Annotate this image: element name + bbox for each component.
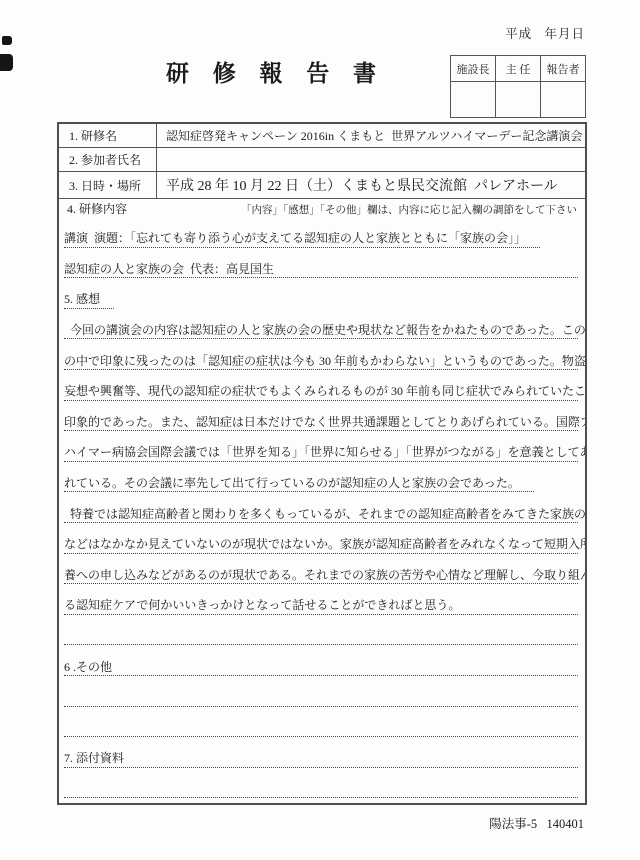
line-text: 講演 演題：「忘れても寄り添う心が支えてる認知症の人と家族とともに「家族の会」」 (64, 231, 540, 247)
line-text: る認知症ケアで何かいいきっかけとなって話せることができればと思う。 (64, 598, 460, 613)
report-lines: 講演 演題：「忘れても寄り添う心が支えてる認知症の人と家族とともに「家族の会」」… (59, 217, 585, 798)
report-line-other-heading: 6 .その他 (64, 645, 578, 676)
report-page: 平成 年月日 研 修 報 告 書 施設長 主 任 報告者 1. 研修名 認知症啓… (0, 0, 640, 860)
line-text: れている。その会議に率先して出て行っているのが認知症の人と家族の会であった。 (64, 476, 534, 492)
report-line: の中で印象に残ったのは「認知症の症状は今も 30 年前もかわらない」というもので… (64, 339, 578, 370)
form-row-participants: 2. 参加者氏名 (59, 148, 585, 172)
form-value-participants (157, 148, 585, 171)
approval-header-chief: 主 任 (496, 56, 541, 82)
report-line (64, 676, 578, 707)
report-line-attachments-heading: 7. 添付資料 (64, 737, 578, 768)
report-line: 特養では認知症高齢者と関わりを多くもっているが、それまでの認知症高齢者をみてきた… (64, 492, 578, 523)
report-line: 印象的であった。また、認知症は日本だけでなく世界共通課題としてとりあげられている… (64, 401, 578, 432)
form-row-datetime-place: 3. 日時・場所 平成 28 年 10 月 22 日（土）くまもと県民交流館 パ… (59, 172, 585, 199)
line-text: 認知症の人と家族の会 代表：高見国生 (64, 262, 274, 277)
report-line: などはなかなか見えていないのが現状ではないか。家族が認知症高齢者をみれなくなって… (64, 523, 578, 554)
report-line: れている。その会議に率先して出て行っているのが認知症の人と家族の会であった。 (64, 462, 578, 493)
approval-stamp-cell (451, 82, 496, 118)
form-value-datetime-place: 平成 28 年 10 月 22 日（土）くまもと県民交流館 パレアホール (157, 172, 585, 198)
report-line: 妄想や興奮等、現代の認知症の症状でもよくみられるものが 30 年前も同じ症状でみ… (64, 370, 578, 401)
form-code: 陽法事-5 140401 (489, 814, 584, 832)
report-line (64, 707, 578, 738)
report-line: 5. 感想 (64, 278, 578, 309)
line-text: 印象的であった。また、認知症は日本だけでなく世界共通課題としてとりあげられている… (64, 415, 587, 430)
form-row-training-name: 1. 研修名 認知症啓発キャンペーン 2016in くまもと 世界アルツハイマー… (59, 124, 585, 148)
approval-header-reporter: 報告者 (541, 56, 586, 82)
approval-stamp-cell (541, 82, 586, 118)
approval-stamp-table: 施設長 主 任 報告者 (450, 55, 586, 118)
section4-label: 4. 研修内容 (67, 200, 127, 217)
report-line (64, 615, 578, 646)
line-text: 7. 添付資料 (64, 751, 124, 766)
scan-artifact (0, 54, 13, 71)
line-text: 特養では認知症高齢者と関わりを多くもっているが、それまでの認知症高齢者をみてきた… (64, 507, 587, 522)
line-text: 今回の講演会の内容は認知症の人と家族の会の歴史や現状など報告をかねたものであった… (64, 323, 587, 338)
report-line: 養への申し込みなどがあるのが現状である。それまでの家族の苦労や心情など理解し、今… (64, 554, 578, 585)
approval-header-director: 施設長 (451, 56, 496, 82)
line-text: 養への申し込みなどがあるのが現状である。それまでの家族の苦労や心情など理解し、今… (64, 568, 587, 583)
section4-header: 4. 研修内容 「内容」「感想」「その他」欄は、内容に応じ記入欄の調節をして下さ… (59, 199, 585, 217)
report-line: る認知症ケアで何かいいきっかけとなって話せることができればと思う。 (64, 584, 578, 615)
line-text: 5. 感想 (64, 292, 114, 308)
report-line: 今回の講演会の内容は認知症の人と家族の会の歴史や現状など報告をかねたものであった… (64, 309, 578, 340)
line-text: ハイマー病協会国際会議では「世界を知る」「世界に知らせる」「世界がつながる」を意… (64, 445, 587, 460)
form-value-training-name: 認知症啓発キャンペーン 2016in くまもと 世界アルツハイマーデー記念講演会 (157, 124, 585, 147)
section4-note: 「内容」「感想」「その他」欄は、内容に応じ記入欄の調節をして下さい (241, 202, 577, 217)
report-line (64, 768, 578, 799)
line-text: などはなかなか見えていないのが現状ではないか。家族が認知症高齢者をみれなくなって… (64, 537, 587, 552)
line-text: 6 .その他 (64, 660, 112, 675)
date-line: 平成 年月日 (505, 24, 585, 42)
approval-stamp-cell (496, 82, 541, 118)
section-training-content: 4. 研修内容 「内容」「感想」「その他」欄は、内容に応じ記入欄の調節をして下さ… (59, 199, 585, 798)
page-title: 研 修 報 告 書 (166, 55, 382, 88)
report-line: ハイマー病協会国際会議では「世界を知る」「世界に知らせる」「世界がつながる」を意… (64, 431, 578, 462)
form-label: 3. 日時・場所 (59, 172, 157, 198)
form-label: 1. 研修名 (59, 124, 157, 147)
scan-artifact (2, 36, 12, 45)
line-text: の中で印象に残ったのは「認知症の症状は今も 30 年前もかわらない」というもので… (64, 354, 587, 369)
line-text: 妄想や興奮等、現代の認知症の症状でもよくみられるものが 30 年前も同じ症状でみ… (64, 384, 587, 399)
report-form-table: 1. 研修名 認知症啓発キャンペーン 2016in くまもと 世界アルツハイマー… (57, 122, 587, 805)
report-line: 認知症の人と家族の会 代表：高見国生 (64, 248, 578, 279)
form-label: 2. 参加者氏名 (59, 148, 157, 171)
report-line: 講演 演題：「忘れても寄り添う心が支えてる認知症の人と家族とともに「家族の会」」 (64, 217, 578, 248)
